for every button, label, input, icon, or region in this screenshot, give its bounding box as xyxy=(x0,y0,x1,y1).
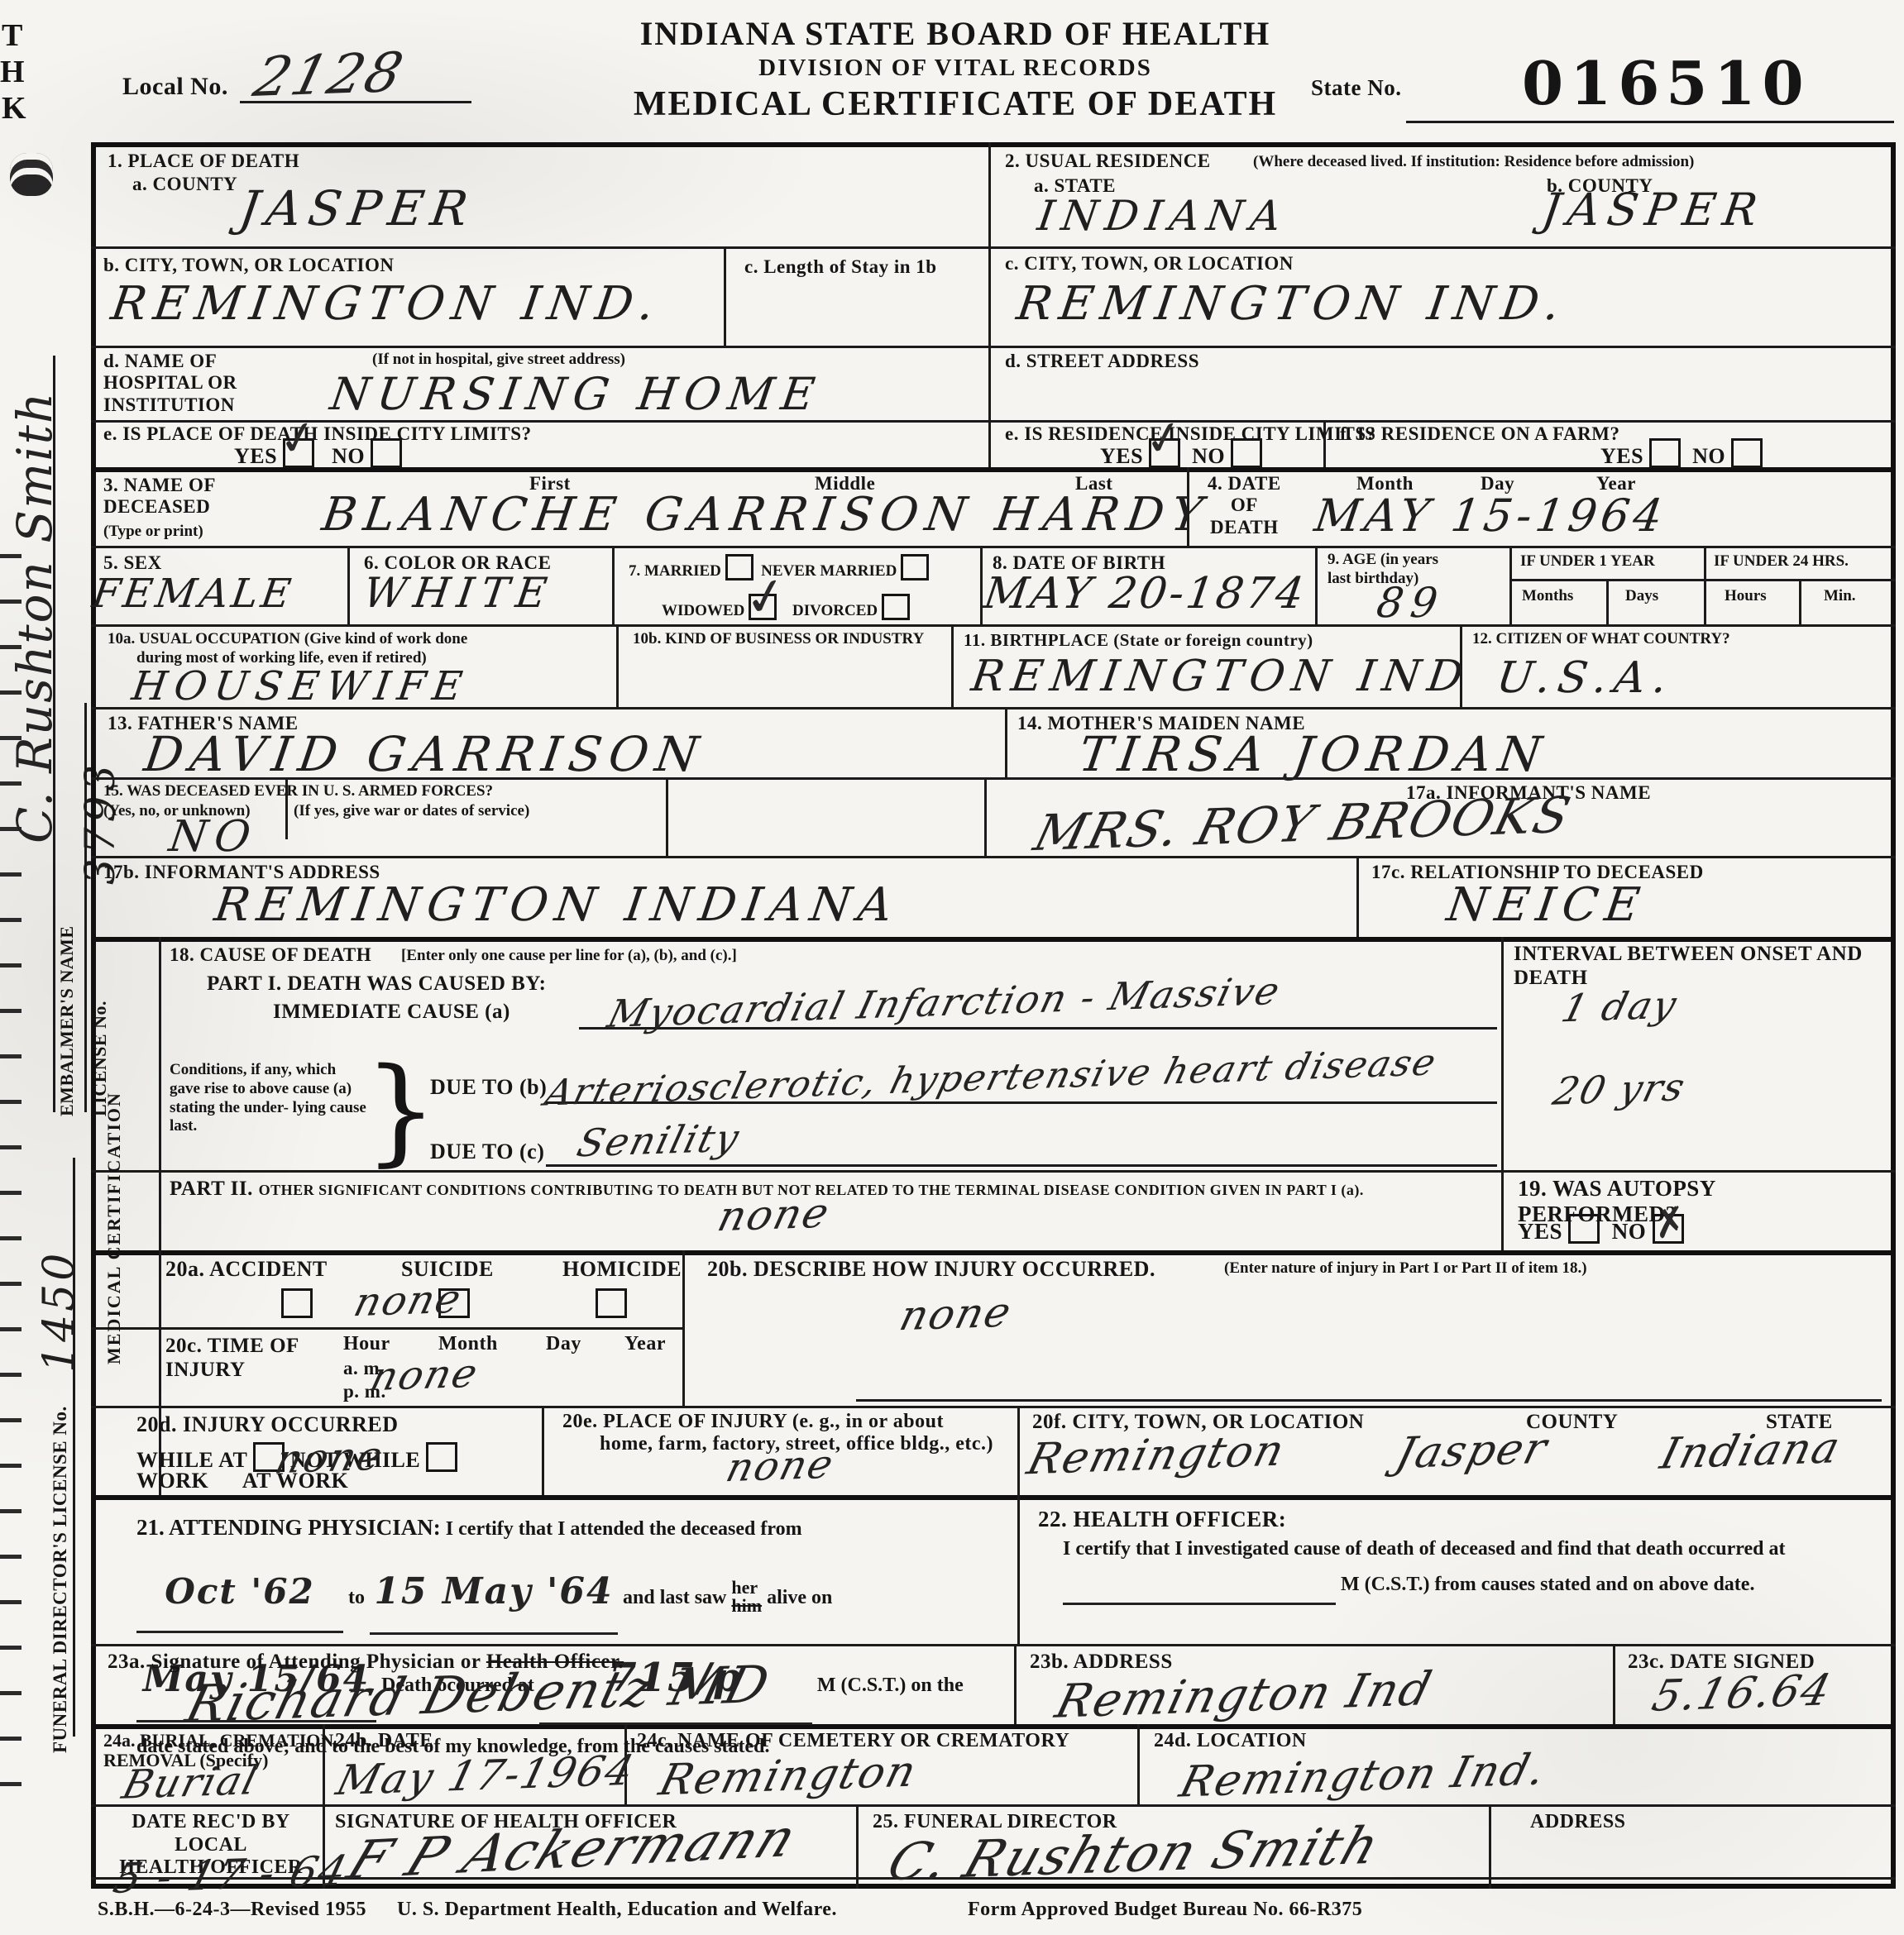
divider xyxy=(91,1406,1896,1408)
her-word: her xyxy=(731,1579,762,1597)
field-21-text4: alive on xyxy=(767,1587,832,1608)
divider xyxy=(951,624,954,707)
field-13-value: DAVID GARRISON xyxy=(141,726,709,782)
field-2b-value: JASPER xyxy=(1539,184,1768,236)
yes-label: YES xyxy=(234,444,277,468)
funeral-director-license-value: 1450 xyxy=(35,1158,84,1373)
field-2f-label: f. IS RESIDENCE ON A FARM? xyxy=(1340,423,1619,445)
field-22-m: M xyxy=(1341,1574,1360,1595)
field-6-value: WHITE xyxy=(361,569,557,617)
field-20f-city-value: Remington xyxy=(1022,1426,1290,1485)
conditions-note: Conditions, if any, which gave rise to a… xyxy=(170,1061,368,1136)
divider xyxy=(1509,546,1512,624)
field-1d-label: d. NAME OF HOSPITAL OR INSTITUTION xyxy=(103,351,237,416)
under-1-year-header: IF UNDER 1 YEAR xyxy=(1520,552,1655,571)
field-20b-value: none xyxy=(895,1288,1017,1340)
field-23c-value: 5.16.64 xyxy=(1647,1665,1837,1721)
field-20c-value: none xyxy=(366,1350,483,1400)
field-15-label: 15. WAS DECEASED EVER IN U. S. ARMED FOR… xyxy=(103,782,493,801)
field-24a-label: 24a. BURIAL, CREMATION, xyxy=(103,1730,338,1751)
funeral-director-license-label: FUNERAL DIRECTOR'S LICENSE No. xyxy=(50,1373,71,1753)
field-2-note: (Where deceased lived. If institution: R… xyxy=(1253,153,1694,171)
field-22-text3: (C.S.T.) from causes stated and on above… xyxy=(1365,1574,1755,1595)
months-header: Months xyxy=(1522,587,1573,606)
yes-label: YES xyxy=(1518,1219,1562,1244)
field-21-text2: to xyxy=(348,1587,365,1608)
divider xyxy=(91,1250,1896,1255)
field-1-label: 1. PLACE OF DEATH xyxy=(108,150,299,172)
divorced-label: DIVORCED xyxy=(792,602,878,619)
field-21-label: 21. ATTENDING PHYSICIAN: xyxy=(136,1515,441,1540)
edge-letter: H xyxy=(0,55,25,91)
field-18-note: [Enter only one cause per line for (a), … xyxy=(401,947,737,965)
field-1a-value: JASPER xyxy=(236,180,478,236)
yes-checkbox: ✓ xyxy=(1149,438,1180,468)
divider xyxy=(1501,937,1504,1250)
divider xyxy=(91,1327,682,1330)
field-2d-label: d. STREET ADDRESS xyxy=(1005,351,1199,372)
not-while-checkbox xyxy=(426,1442,457,1472)
interval-a-value: 1 day xyxy=(1557,982,1683,1031)
no-label: NO xyxy=(1192,444,1225,468)
field-20d-value: none xyxy=(270,1433,388,1483)
never-married-checkbox xyxy=(901,554,929,580)
divorced-checkbox xyxy=(882,594,910,620)
field-2c-value: REMINGTON IND. xyxy=(1013,277,1570,331)
field-21-text1: I certify that I attended the deceased f… xyxy=(446,1518,802,1540)
married-label: 7. MARRIED xyxy=(629,562,721,580)
divider xyxy=(73,1158,75,1737)
her-him-words: her him xyxy=(731,1579,762,1615)
field-20a-accident-label: 20a. ACCIDENT xyxy=(165,1257,328,1282)
field-14-value: TIRSA JORDAN xyxy=(1075,726,1552,782)
year-header: Year xyxy=(624,1333,666,1356)
divider xyxy=(91,346,1896,348)
divider xyxy=(724,246,726,346)
medical-certification-label: MEDICAL CERTIFICATION xyxy=(103,1075,124,1364)
divider xyxy=(542,1406,544,1495)
field-1b-label: b. CITY, TOWN, OR LOCATION xyxy=(103,255,395,276)
days-header: Days xyxy=(1625,587,1658,606)
field-20e-label: 20e. PLACE OF INJURY (e. g., in or about xyxy=(562,1411,944,1434)
divider xyxy=(988,142,991,467)
field-5-value: FEMALE xyxy=(89,571,297,617)
address-label: ADDRESS xyxy=(1530,1811,1626,1834)
yes-label: YES xyxy=(1600,444,1643,468)
divider xyxy=(91,546,1896,548)
field-1d-note: (If not in hospital, give street address… xyxy=(372,351,625,369)
part1-label: PART I. DEATH WAS CAUSED BY: xyxy=(207,972,546,996)
field-17b-value: REMINGTON INDIANA xyxy=(211,878,902,932)
divider xyxy=(1005,707,1007,777)
field-4-value: MAY 15-1964 xyxy=(1312,490,1670,542)
interval-b-value: 20 yrs xyxy=(1548,1064,1691,1113)
no-label: NO xyxy=(1612,1219,1647,1244)
checkmark-icon: ✓ xyxy=(740,568,792,626)
field-10b-label: 10b. KIND OF BUSINESS OR INDUSTRY xyxy=(633,630,924,649)
title-line3: MEDICAL CERTIFICATE OF DEATH xyxy=(562,84,1348,124)
divider xyxy=(1017,1495,1020,1644)
divider xyxy=(1017,1406,1020,1495)
divider xyxy=(1704,546,1706,624)
field-20b-label: 20b. DESCRIBE HOW INJURY OCCURRED. xyxy=(707,1257,1155,1282)
field-20e-value: none xyxy=(721,1441,839,1491)
field-12-value: U.S.A. xyxy=(1494,653,1677,703)
local-no-value: 2128 xyxy=(247,41,410,109)
interval-header: INTERVAL BETWEEN ONSET AND DEATH xyxy=(1514,943,1878,991)
field-15-note2: (If yes, give war or dates of service) xyxy=(294,802,529,821)
yes-checkbox xyxy=(1649,438,1681,468)
field-12-label: 12. CITIZEN OF WHAT COUNTRY? xyxy=(1472,630,1730,649)
divider xyxy=(91,420,1896,423)
field-17c-value: NEICE xyxy=(1443,878,1650,932)
death-certificate-scan: T H K C. Rushton Smith EMBALMER'S NAME 3… xyxy=(0,0,1904,1935)
edge-letter: T xyxy=(2,18,23,55)
field-24b-label: 24b. DATE xyxy=(335,1730,433,1753)
immediate-cause-label: IMMEDIATE CAUSE (a) xyxy=(273,1001,510,1025)
field-8-value: MAY 20-1874 xyxy=(981,569,1309,619)
divider xyxy=(1137,1724,1140,1804)
field-1d-value: NURSING HOME xyxy=(328,368,825,420)
divider xyxy=(612,546,615,624)
divider xyxy=(91,1170,1896,1173)
divider xyxy=(159,937,161,1495)
part2-strong: PART II. xyxy=(170,1178,253,1200)
divider xyxy=(1356,856,1359,937)
field-2-label: 2. USUAL RESIDENCE xyxy=(1005,150,1211,172)
field-23b-label: 23b. ADDRESS xyxy=(1030,1651,1173,1675)
hours-header: Hours xyxy=(1725,587,1767,606)
field-11-label: 11. BIRTHPLACE (State or foreign country… xyxy=(964,630,1313,650)
work-label: WORK xyxy=(136,1469,208,1493)
divider xyxy=(1315,546,1318,624)
divider xyxy=(91,856,1896,858)
divider xyxy=(682,1250,685,1406)
no-checkbox xyxy=(1231,438,1262,468)
hour-header: Hour xyxy=(343,1333,390,1356)
divider xyxy=(91,937,1896,942)
checkmark-icon: ✓ xyxy=(275,413,322,465)
homicide-checkbox xyxy=(596,1288,627,1318)
margin-seal-icon xyxy=(10,153,53,196)
day-header: Day xyxy=(546,1333,581,1356)
divider xyxy=(84,703,87,1112)
field-21-text3: and last saw xyxy=(623,1587,726,1608)
field-21-from-value: Oct '62 xyxy=(165,1571,315,1612)
footer-department: U. S. Department Health, Education and W… xyxy=(397,1899,837,1922)
field-20f-state-value: Indiana xyxy=(1655,1423,1846,1479)
field-20c-label: 20c. TIME OF INJURY xyxy=(165,1335,331,1383)
yes-checkbox: ✓ xyxy=(283,438,314,468)
yes-label: YES xyxy=(1100,444,1143,468)
cause-c-value: Senility xyxy=(572,1116,744,1166)
footer-budget-bureau: Form Approved Budget Bureau No. 66-R375 xyxy=(968,1899,1362,1922)
divider xyxy=(91,246,1896,249)
state-no-value: 016510 xyxy=(1522,48,1811,118)
title-line2: DIVISION OF VITAL RECORDS xyxy=(562,55,1348,82)
divider xyxy=(1489,1804,1491,1889)
field-1a-label: a. COUNTY xyxy=(132,174,237,195)
field-1c-label: c. Length of Stay in 1b xyxy=(744,256,937,278)
field-22-block: I certify that I investigated cause of d… xyxy=(1063,1531,1873,1605)
accident-checkbox xyxy=(281,1288,313,1318)
divider xyxy=(1509,579,1896,581)
divider xyxy=(1613,1644,1615,1724)
field-20b-line xyxy=(856,1399,1882,1402)
state-no-line xyxy=(1406,121,1894,123)
checkmark-icon: ✓ xyxy=(1141,413,1188,465)
date-recd-value: 5 - 17 - 64 xyxy=(108,1847,353,1903)
field-15-value: NO xyxy=(166,812,261,862)
him-word: him xyxy=(731,1597,762,1615)
part2-value: none xyxy=(713,1189,835,1241)
footer-form-number: S.B.H.—6-24-3—Revised 1955 xyxy=(98,1899,366,1922)
divider xyxy=(347,546,350,624)
no-checkbox xyxy=(371,438,402,468)
field-24a-value: Burial xyxy=(117,1757,263,1808)
field-22-text1: I certify that I investigated cause of d… xyxy=(1063,1538,1552,1560)
under-24-hrs-header: IF UNDER 24 HRS. xyxy=(1714,552,1849,571)
due-to-b-label: DUE TO (b) xyxy=(430,1075,547,1100)
autopsy-no-checkbox: ✗ xyxy=(1653,1214,1684,1244)
field-3-label: 3. NAME OF DECEASED xyxy=(103,475,216,518)
divider xyxy=(1014,1644,1017,1724)
divider xyxy=(1606,579,1609,624)
divider xyxy=(666,777,668,856)
brace-icon: } xyxy=(364,1044,438,1178)
field-2c-label: c. CITY, TOWN, OR LOCATION xyxy=(1005,253,1294,275)
embalmer-name-label: EMBALMER'S NAME xyxy=(56,868,77,1116)
field-22-text2: find that death occurred at xyxy=(1557,1538,1786,1560)
autopsy-yes-checkbox xyxy=(1568,1214,1600,1244)
field-21-to-value: 15 May '64 xyxy=(374,1570,613,1612)
x-mark-icon: ✗ xyxy=(1650,1201,1690,1245)
field-4-label: 4. DATE OF DEATH xyxy=(1208,473,1281,538)
field-11-value: REMINGTON IND xyxy=(969,652,1473,701)
field-20a-value: none xyxy=(349,1276,466,1326)
field-20a-homicide-label: HOMICIDE xyxy=(562,1257,682,1282)
field-3-value: BLANCHE GARRISON HARDY xyxy=(318,488,1213,542)
divider xyxy=(91,624,1896,627)
local-no-label: Local No. xyxy=(122,73,228,102)
divider xyxy=(984,777,987,856)
divider xyxy=(616,624,619,707)
widowed-label: WIDOWED xyxy=(662,602,744,619)
field-24c-value: Remington xyxy=(654,1747,922,1806)
no-label: NO xyxy=(332,444,365,468)
field-10a-label: 10a. USUAL OCCUPATION (Give kind of work… xyxy=(108,630,467,649)
field-20b-note: (Enter nature of injury in Part I or Par… xyxy=(1224,1259,1587,1278)
field-20f-county-value: Jasper xyxy=(1391,1424,1553,1479)
min-header: Min. xyxy=(1824,587,1856,606)
divider xyxy=(53,356,55,1112)
widowed-checkbox: ✓ xyxy=(749,594,777,620)
field-9-value: 89 xyxy=(1374,579,1448,627)
no-checkbox xyxy=(1731,438,1763,468)
cause-c-line xyxy=(546,1164,1497,1167)
field-1b-value: REMINGTON IND. xyxy=(108,277,664,331)
divider xyxy=(91,1495,1896,1500)
title-line1: INDIANA STATE BOARD OF HEALTH xyxy=(562,15,1348,53)
field-24d-label: 24d. LOCATION xyxy=(1154,1730,1307,1753)
divider xyxy=(856,1804,859,1889)
divider xyxy=(1799,579,1801,624)
divider xyxy=(91,1804,1896,1807)
field-10a-value: HOUSEWIFE xyxy=(129,663,472,709)
field-2a-value: INDIANA xyxy=(1035,192,1291,240)
field-3-note: (Type or print) xyxy=(103,523,203,541)
no-label: NO xyxy=(1692,444,1725,468)
edge-letter: K xyxy=(2,91,26,127)
due-to-c-label: DUE TO (c) xyxy=(430,1139,544,1164)
field-22-label: 22. HEALTH OFFICER: xyxy=(1038,1507,1286,1532)
state-no-label: State No. xyxy=(1311,76,1402,101)
field-18-label: 18. CAUSE OF DEATH xyxy=(170,944,371,966)
